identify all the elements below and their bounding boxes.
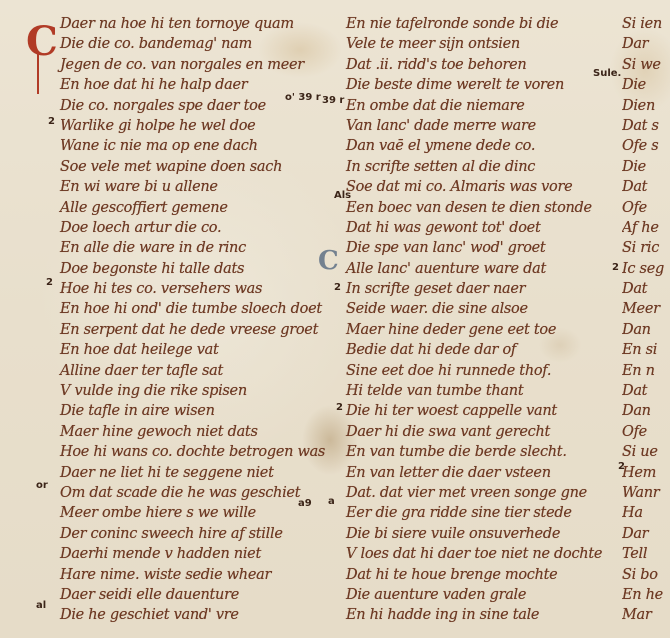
manuscript-line: Die hi ter woest cappelle vant: [346, 401, 616, 421]
manuscript-line: Dat hi was gewont tot' doet: [346, 218, 616, 238]
manuscript-line: En hoe hi ond' die tumbe sloech doet: [60, 299, 330, 319]
manuscript-line: Meer: [622, 299, 670, 319]
manuscript-line: Dan: [622, 320, 670, 340]
manuscript-line: Dan: [622, 401, 670, 421]
marginal-note: a9: [298, 498, 312, 509]
manuscript-line: Dat hi te houe brenge mochte: [346, 565, 616, 585]
manuscript-line: Eer die gra ridde sine tier stede: [346, 503, 616, 523]
manuscript-line: Dat: [622, 381, 670, 401]
manuscript-line: Doe begonste hi talle dats: [60, 259, 330, 279]
manuscript-line: Warlike gi holpe he wel doe: [60, 116, 330, 136]
manuscript-line: Een boec van desen te dien stonde: [346, 198, 616, 218]
manuscript-line: Die he geschiet vand' vre: [60, 605, 330, 625]
manuscript-line: En van letter die daer vsteen: [346, 463, 616, 483]
manuscript-line: Ha: [622, 503, 670, 523]
manuscript-line: Ic seg: [622, 259, 670, 279]
manuscript-line: Alline daer ter tafle sat: [60, 361, 330, 381]
manuscript-line: En hi hadde ing in sine tale: [346, 605, 616, 625]
marginal-note: 2: [46, 277, 53, 288]
manuscript-line: In scrifte geset daer naer: [346, 279, 616, 299]
manuscript-line: Mar: [622, 605, 670, 625]
manuscript-line: Om dat scade die he was geschiet: [60, 483, 330, 503]
manuscript-line: Dar: [622, 524, 670, 544]
manuscript-line: Si we: [622, 55, 670, 75]
manuscript-line: Die auenture vaden grale: [346, 585, 616, 605]
marginal-note: 2: [612, 262, 619, 273]
manuscript-line: Hare nime. wiste sedie whear: [60, 565, 330, 585]
manuscript-line: Dar: [622, 34, 670, 54]
marginal-note: Als: [334, 190, 351, 201]
manuscript-line: Soe dat mi co. Almaris was vore: [346, 177, 616, 197]
manuscript-line: Tell: [622, 544, 670, 564]
manuscript-line: Dat: [622, 177, 670, 197]
manuscript-line: In scrifte setten al die dinc: [346, 157, 616, 177]
manuscript-line: Wanr: [622, 483, 670, 503]
manuscript-line: Si bo: [622, 565, 670, 585]
marginal-note: a: [328, 496, 335, 507]
manuscript-line: Hoe hi tes co. versehers was: [60, 279, 330, 299]
manuscript-line: Hoe hi wans co. dochte betrogen was: [60, 442, 330, 462]
manuscript-line: Doe loech artur die co.: [60, 218, 330, 238]
manuscript-line: Seide waer. die sine alsoe: [346, 299, 616, 319]
manuscript-line: En alle die ware in de rinc: [60, 238, 330, 258]
manuscript-page: C C Daer na hoe hi ten tornoye quamDie d…: [0, 0, 670, 638]
manuscript-line: En he: [622, 585, 670, 605]
marginal-note: or: [36, 480, 48, 491]
manuscript-line: Daer hi die swa vant gerecht: [346, 422, 616, 442]
manuscript-line: En ombe dat die niemare: [346, 96, 616, 116]
manuscript-line: Maer hine deder gene eet toe: [346, 320, 616, 340]
manuscript-line: En hoe dat heilege vat: [60, 340, 330, 360]
manuscript-line: V loes dat hi daer toe niet ne dochte: [346, 544, 616, 564]
manuscript-line: Wane ic nie ma op ene dach: [60, 136, 330, 156]
manuscript-line: Die: [622, 75, 670, 95]
manuscript-line: Sine eet doe hi runnede thof.: [346, 361, 616, 381]
manuscript-line: Die tafle in aire wisen: [60, 401, 330, 421]
manuscript-line: Maer hine gewoch niet dats: [60, 422, 330, 442]
manuscript-line: Die beste dime werelt te voren: [346, 75, 616, 95]
manuscript-line: Meer ombe hiere s we wille: [60, 503, 330, 523]
manuscript-line: Dat: [622, 279, 670, 299]
marginal-note: 2: [48, 116, 55, 127]
manuscript-line: Af he: [622, 218, 670, 238]
red-initial: C: [26, 22, 58, 62]
manuscript-line: Die bi siere vuile onsuverhede: [346, 524, 616, 544]
manuscript-line: Daer na hoe hi ten tornoye quam: [60, 14, 330, 34]
manuscript-line: Si ien: [622, 14, 670, 34]
text-column-right-partial: Si ienDarSi weDieDienDat sOfe sDieDatOfe…: [622, 14, 670, 626]
manuscript-line: Soe vele met wapine doen sach: [60, 157, 330, 177]
text-column-middle: En nie tafelronde sonde bi dieVele te me…: [346, 14, 616, 626]
manuscript-line: Hi telde van tumbe thant: [346, 381, 616, 401]
manuscript-line: En van tumbe die berde slecht.: [346, 442, 616, 462]
manuscript-line: Dat. dat vier met vreen songe gne: [346, 483, 616, 503]
manuscript-line: Ofe s: [622, 136, 670, 156]
manuscript-line: Jegen de co. van norgales en meer: [60, 55, 330, 75]
marginal-note: 39 r: [322, 95, 344, 106]
manuscript-line: Alle gescoffiert gemene: [60, 198, 330, 218]
marginal-note: 2: [336, 402, 343, 413]
manuscript-line: Vele te meer sijn ontsien: [346, 34, 616, 54]
manuscript-line: Dat s: [622, 116, 670, 136]
manuscript-line: En si: [622, 340, 670, 360]
manuscript-line: En nie tafelronde sonde bi die: [346, 14, 616, 34]
manuscript-line: Si ric: [622, 238, 670, 258]
manuscript-line: En n: [622, 361, 670, 381]
text-column-left: Daer na hoe hi ten tornoye quamDie die c…: [60, 14, 330, 626]
marginal-note: Sule.: [593, 68, 621, 79]
manuscript-line: Alle lanc' auenture ware dat: [346, 259, 616, 279]
manuscript-line: Dien: [622, 96, 670, 116]
manuscript-line: Die: [622, 157, 670, 177]
manuscript-line: En serpent dat he dede vreese groet: [60, 320, 330, 340]
manuscript-line: En wi ware bi u allene: [60, 177, 330, 197]
manuscript-line: Van lanc' dade merre ware: [346, 116, 616, 136]
marginal-note: o' 39 r: [285, 92, 321, 103]
manuscript-line: Daer ne liet hi te seggene niet: [60, 463, 330, 483]
manuscript-line: Der coninc sweech hire af stille: [60, 524, 330, 544]
manuscript-line: Ofe: [622, 422, 670, 442]
marginal-note: 2: [334, 282, 341, 293]
marginal-note: al: [36, 600, 46, 611]
manuscript-line: Si ue: [622, 442, 670, 462]
manuscript-line: Ofe: [622, 198, 670, 218]
manuscript-line: Hem: [622, 463, 670, 483]
manuscript-line: Die spe van lanc' wod' groet: [346, 238, 616, 258]
manuscript-line: Bedie dat hi dede dar of: [346, 340, 616, 360]
manuscript-line: Die die co. bandemag' nam: [60, 34, 330, 54]
manuscript-line: Dat .ii. ridd's toe behoren: [346, 55, 616, 75]
manuscript-line: V vulde ing die rike spisen: [60, 381, 330, 401]
manuscript-line: Daerhi mende v hadden niet: [60, 544, 330, 564]
manuscript-line: Dan vaē el ymene dede co.: [346, 136, 616, 156]
marginal-note: 2: [618, 461, 625, 472]
manuscript-line: Daer seidi elle dauenture: [60, 585, 330, 605]
